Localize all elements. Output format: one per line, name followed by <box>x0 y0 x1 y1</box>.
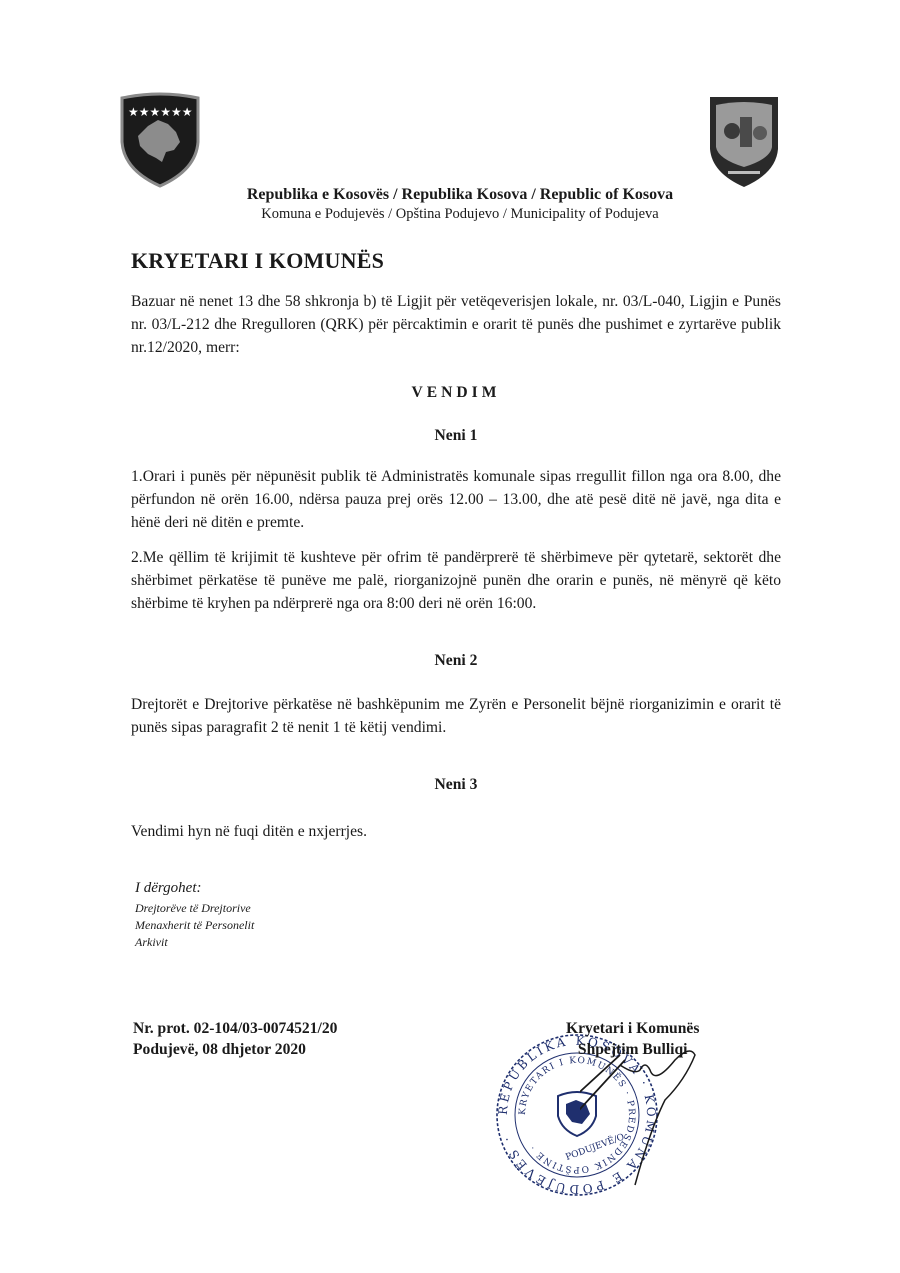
kosovo-coat-of-arms-icon: ★★★★★★ <box>118 92 202 188</box>
article-1-paragraph-1: 1.Orari i punës për nëpunësit publik të … <box>131 465 781 534</box>
article-3-heading: Neni 3 <box>131 776 781 794</box>
recipient-item: Drejtorëve të Drejtorive <box>135 900 254 917</box>
signatory-block: Kryetari i Komunës Shpejtim Bulliqi <box>566 1018 699 1060</box>
header-country: Republika e Kosovës / Republika Kosova /… <box>0 186 900 204</box>
article-2-heading: Neni 2 <box>131 652 781 670</box>
article-1-heading: Neni 1 <box>131 427 781 445</box>
article-1-paragraph-2: 2.Me qëllim të krijimit të kushteve për … <box>131 546 781 615</box>
protocol-block: Nr. prot. 02-104/03-0074521/20 Podujevë,… <box>133 1018 337 1060</box>
recipient-item: Menaxherit të Personelit <box>135 917 254 934</box>
signature <box>580 1040 760 1190</box>
protocol-number: Nr. prot. 02-104/03-0074521/20 <box>133 1018 337 1039</box>
svg-text:★★★★★★: ★★★★★★ <box>128 105 193 119</box>
issuer-title: KRYETARI I KOMUNËS <box>131 248 384 274</box>
article-3-paragraph: Vendimi hyn në fuqi ditën e nxjerrjes. <box>131 820 781 843</box>
recipient-item: Arkivit <box>135 934 254 951</box>
podujeva-coat-of-arms-icon <box>708 93 780 189</box>
article-2-paragraph: Drejtorët e Drejtorive përkatëse në bash… <box>131 693 781 739</box>
header-municipality: Komuna e Podujevës / Opština Podujevo / … <box>0 206 900 223</box>
distribution-list: Drejtorëve të Drejtorive Menaxherit të P… <box>135 900 254 951</box>
signatory-title: Kryetari i Komunës <box>566 1018 699 1039</box>
preamble-paragraph: Bazuar në nenet 13 dhe 58 shkronja b) të… <box>131 290 781 359</box>
place-date: Podujevë, 08 dhjetor 2020 <box>133 1039 337 1060</box>
decision-title: VENDIM <box>131 384 781 402</box>
signatory-name: Shpejtim Bulliqi <box>566 1039 699 1060</box>
distribution-label: I dërgohet: <box>135 880 202 897</box>
